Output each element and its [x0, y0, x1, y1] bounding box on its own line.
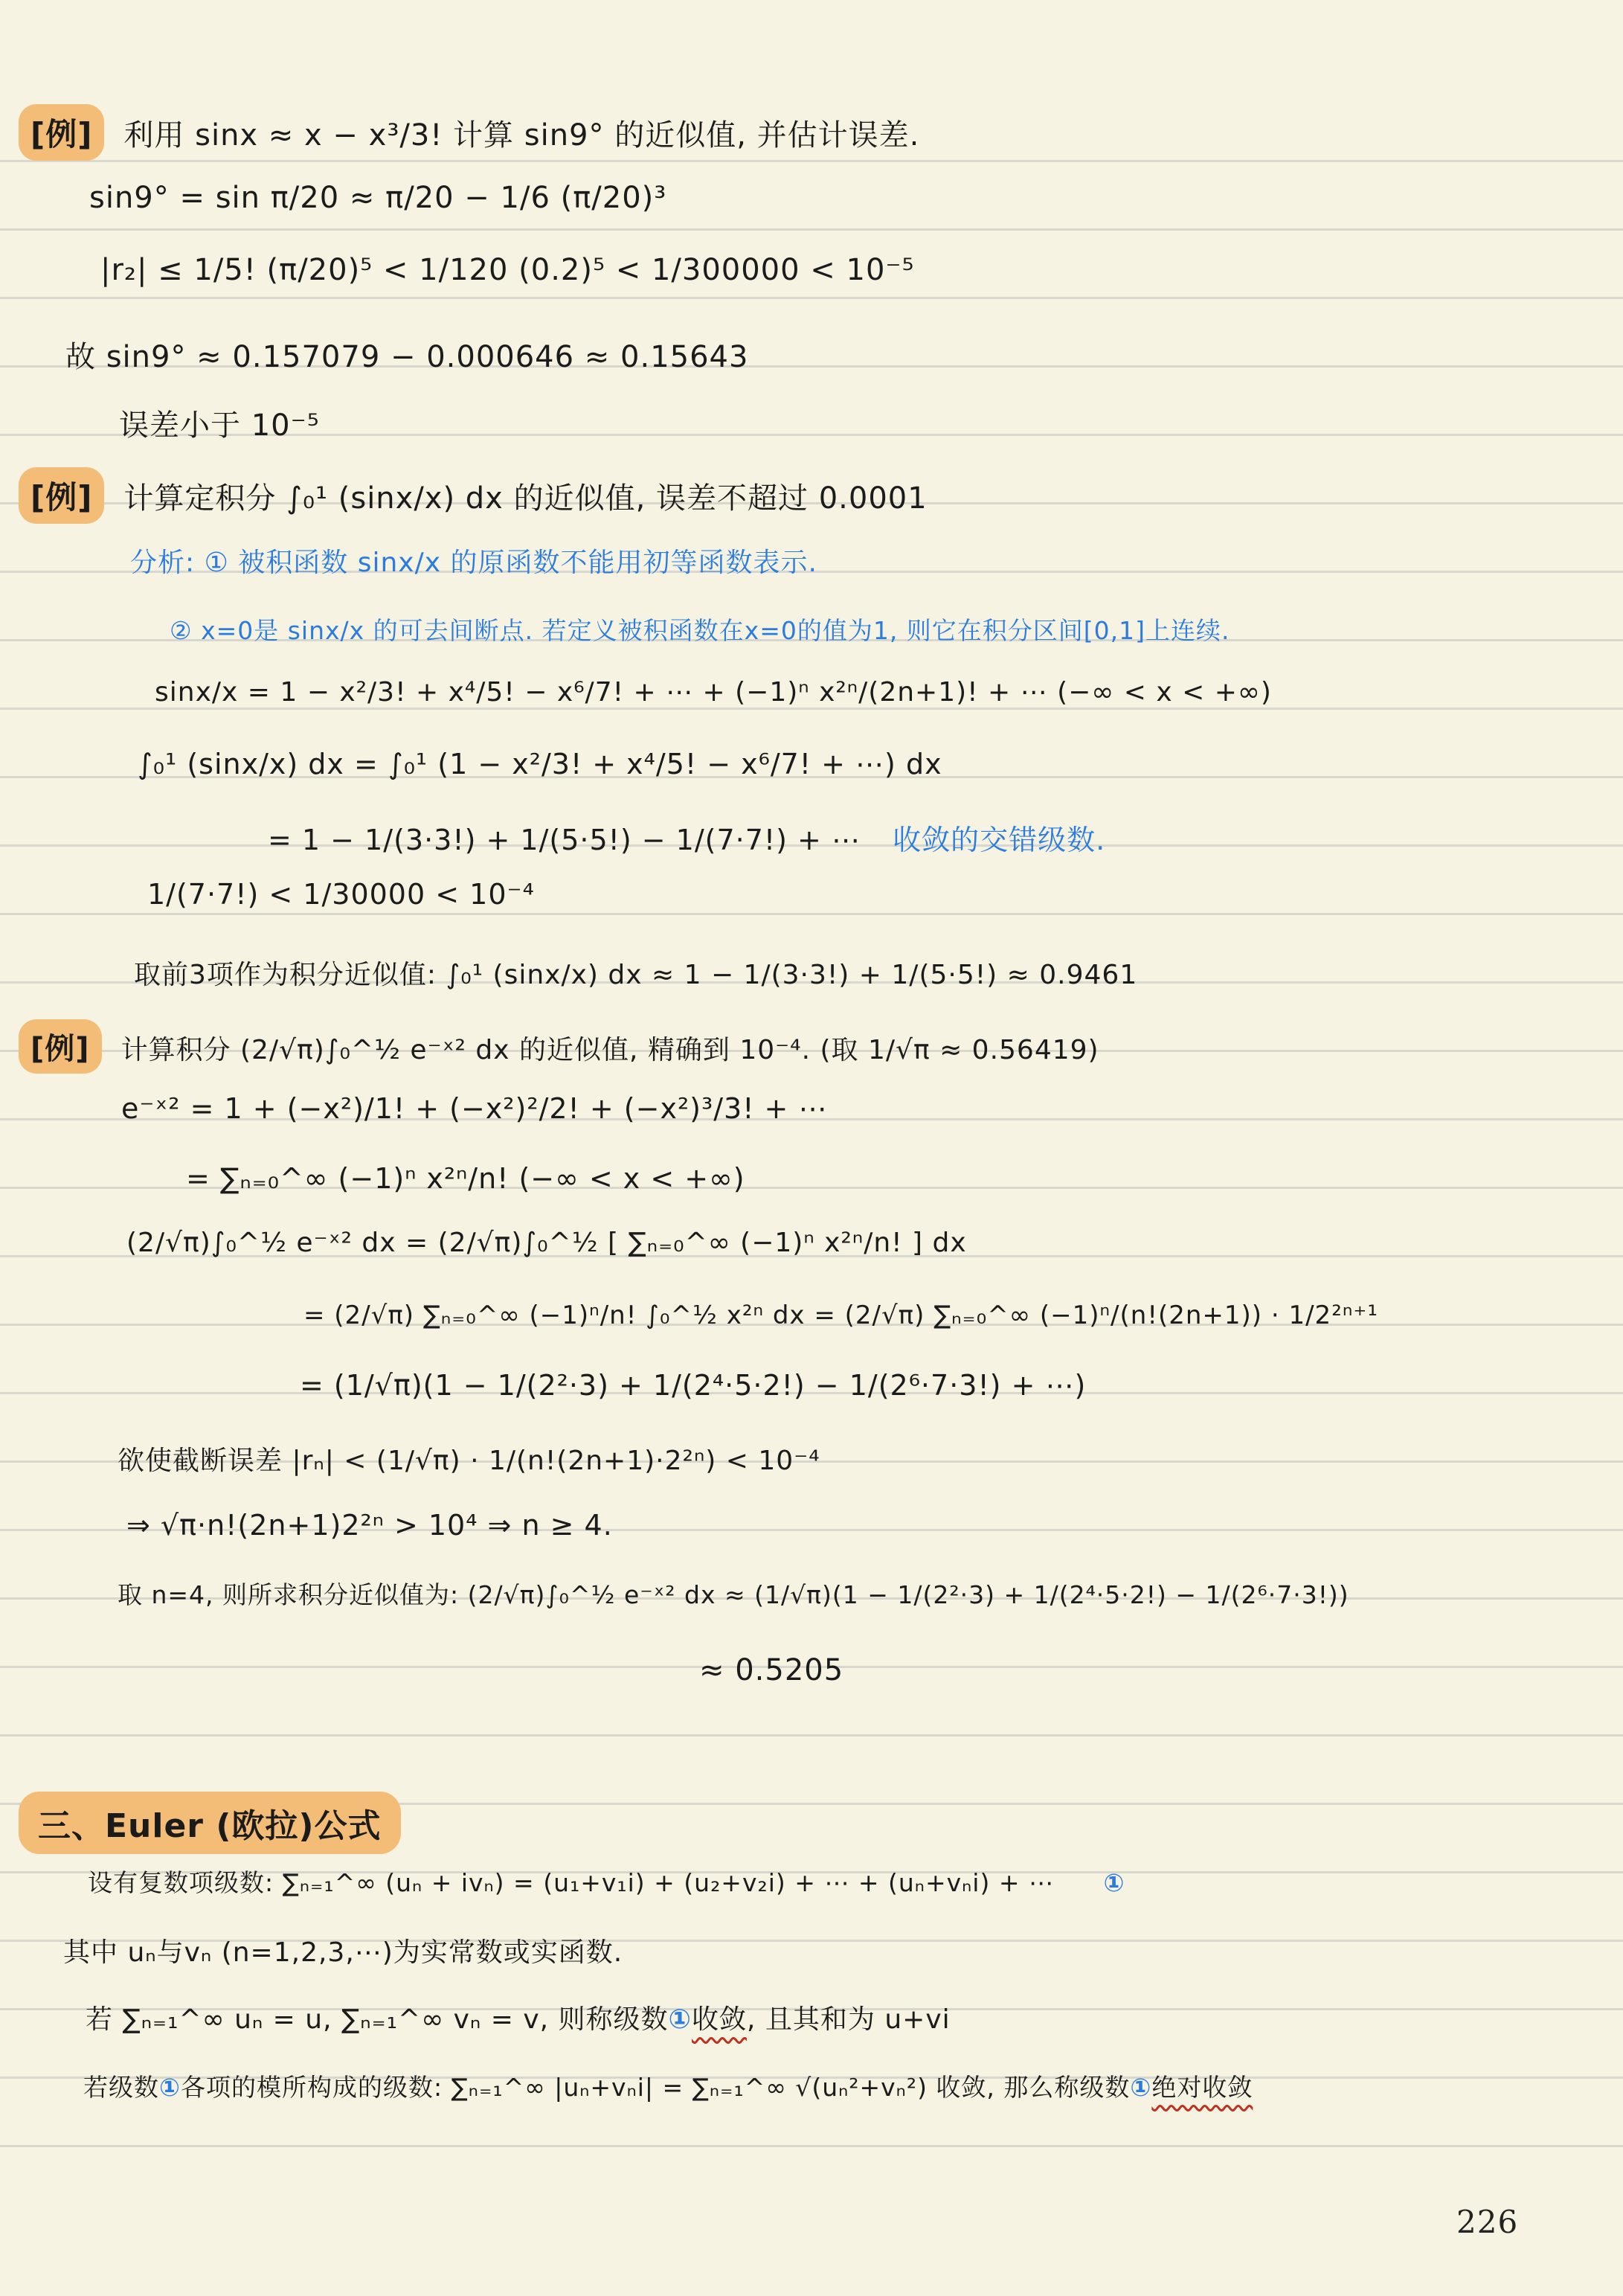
euler-convergence-pre: 若 ∑ₙ₌₁^∞ uₙ = u, ∑ₙ₌₁^∞ vₙ = v, 则称级数 [86, 2004, 669, 2035]
circled-one-ref: ① [1130, 2073, 1151, 2102]
euler-line1: 设有复数项级数: ∑ₙ₌₁^∞ (uₙ + ivₙ) = (u₁+v₁i) + … [88, 1864, 1125, 1899]
example2-series: sinx/x = 1 − x²/3! + x⁴/5! − x⁶/7! + ⋯ +… [155, 677, 1272, 708]
example3-solve: ⇒ √π·n!(2n+1)2²ⁿ > 10⁴ ⇒ n ≥ 4. [126, 1509, 613, 1542]
example2-title-line: [例]计算定积分 ∫₀¹ (sinx/x) dx 的近似值, 误差不超过 0.0… [19, 467, 928, 524]
example-tag: [例] [19, 1019, 102, 1074]
example2-integral: ∫₀¹ (sinx/x) dx = ∫₀¹ (1 − x²/3! + x⁴/5!… [138, 748, 942, 780]
notebook-page: { "palette":{ "paper":"#f6f3e2", "rule":… [0, 0, 1623, 2296]
euler-abs-mid: 各项的模所构成的级数: ∑ₙ₌₁^∞ |uₙ+vₙi| = ∑ₙ₌₁^∞ √(u… [181, 2073, 1130, 2102]
absolute-convergence-term: 绝对收敛 [1151, 2073, 1253, 2102]
example3-step3: = (1/√π)(1 − 1/(2²·3) + 1/(2⁴·5·2!) − 1/… [300, 1369, 1086, 1402]
example2-expansion: = 1 − 1/(3·3!) + 1/(5·5!) − 1/(7·7!) + ⋯ [268, 824, 861, 856]
example1-title-line: [例]利用 sinx ≈ x − x³/3! 计算 sin9° 的近似值, 并估… [19, 104, 919, 161]
example1-step1: sin9° = sin π/20 ≈ π/20 − 1/6 (π/20)³ [89, 181, 666, 215]
example2-title: 计算定积分 ∫₀¹ (sinx/x) dx 的近似值, 误差不超过 0.0001 [123, 481, 927, 516]
example-tag: [例] [19, 467, 104, 524]
example-tag: [例] [19, 104, 104, 161]
example3-value: ≈ 0.5205 [699, 1653, 843, 1687]
example3-final: 取 n=4, 则所求积分近似值为: (2/√π)∫₀^½ e⁻ˣ² dx ≈ (… [118, 1576, 1349, 1611]
example3-title: 计算积分 (2/√π)∫₀^½ e⁻ˣ² dx 的近似值, 精确到 10⁻⁴. … [121, 1035, 1099, 1065]
example3-title-line: [例]计算积分 (2/√π)∫₀^½ e⁻ˣ² dx 的近似值, 精确到 10⁻… [19, 1019, 1099, 1074]
example3-error: 欲使截断误差 |rₙ| < (1/√π) · 1/(n!(2n+1)·2²ⁿ) … [118, 1440, 820, 1478]
example2-bound: 1/(7·7!) < 1/30000 < 10⁻⁴ [147, 878, 535, 911]
convergence-term: 收敛 [692, 2004, 747, 2035]
euler-line2: 其中 uₙ与vₙ (n=1,2,3,⋯)为实常数或实函数. [63, 1931, 623, 1969]
circled-one-ref: ① [669, 2004, 692, 2035]
example3-series2: = ∑ₙ₌₀^∞ (−1)ⁿ x²ⁿ/n! (−∞ < x < +∞) [186, 1162, 745, 1195]
example1-step4: 误差小于 10⁻⁵ [119, 402, 320, 444]
euler-section-heading: 三、Euler (欧拉)公式 [19, 1792, 401, 1854]
euler-line3: 若 ∑ₙ₌₁^∞ uₙ = u, ∑ₙ₌₁^∞ vₙ = v, 则称级数①收敛,… [86, 1998, 951, 2036]
example3-series1: e⁻ˣ² = 1 + (−x²)/1! + (−x²)²/2! + (−x²)³… [121, 1092, 827, 1125]
euler-convergence-post: , 且其和为 u+vi [747, 2004, 951, 2035]
example1-step2: |r₂| ≤ 1/5! (π/20)⁵ < 1/120 (0.2)⁵ < 1/3… [100, 253, 915, 287]
euler-heading-line: 三、Euler (欧拉)公式 [19, 1792, 401, 1854]
euler-series-definition: 设有复数项级数: ∑ₙ₌₁^∞ (uₙ + ivₙ) = (u₁+v₁i) + … [88, 1868, 1054, 1897]
example2-expansion-line: = 1 − 1/(3·3!) + 1/(5·5!) − 1/(7·7!) + ⋯… [268, 817, 1105, 858]
example1-title: 利用 sinx ≈ x − x³/3! 计算 sin9° 的近似值, 并估计误差… [123, 118, 919, 153]
euler-abs-pre: 若级数 [83, 2073, 159, 2102]
example2-result: 取前3项作为积分近似值: ∫₀¹ (sinx/x) dx ≈ 1 − 1/(3·… [134, 954, 1137, 992]
example2-analysis1: 分析: ① 被积函数 sinx/x 的原函数不能用初等函数表示. [130, 542, 817, 580]
page-number: 226 [1456, 2204, 1518, 2240]
example2-analysis2: ② x=0是 sinx/x 的可去间断点. 若定义被积函数在x=0的值为1, 则… [170, 612, 1230, 647]
example3-step1: (2/√π)∫₀^½ e⁻ˣ² dx = (2/√π)∫₀^½ [ ∑ₙ₌₀^∞… [126, 1228, 967, 1258]
euler-line4: 若级数①各项的模所构成的级数: ∑ₙ₌₁^∞ |uₙ+vₙi| = ∑ₙ₌₁^∞… [83, 2068, 1253, 2103]
example1-step3: 故 sin9° ≈ 0.157079 − 0.000646 ≈ 0.15643 [65, 333, 748, 376]
example3-step2: = (2/√π) ∑ₙ₌₀^∞ (−1)ⁿ/n! ∫₀^½ x²ⁿ dx = (… [303, 1301, 1378, 1330]
example2-expansion-note: 收敛的交错级数. [893, 824, 1105, 856]
circled-one-ref: ① [1103, 1868, 1125, 1897]
circled-one-ref: ① [159, 2073, 181, 2102]
